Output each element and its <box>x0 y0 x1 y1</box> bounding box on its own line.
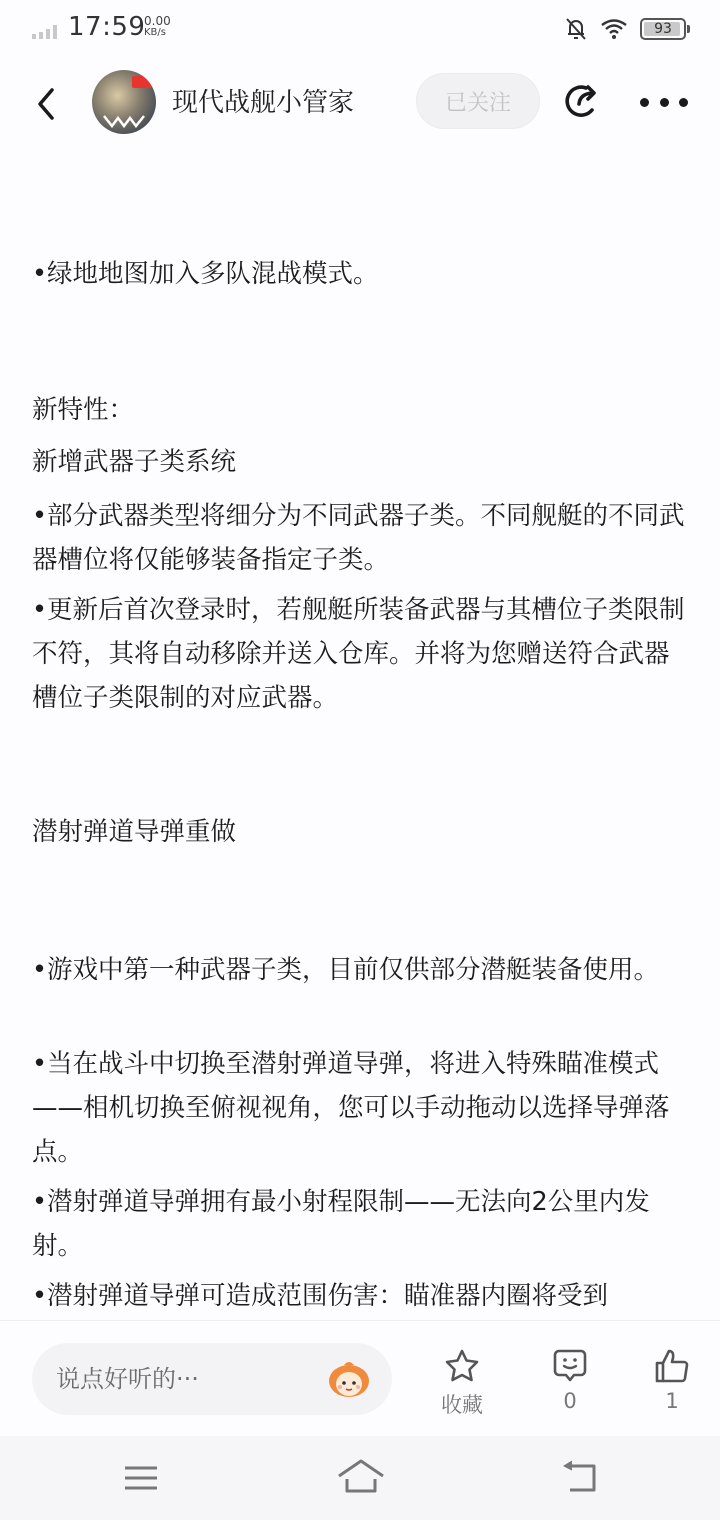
article-paragraph: •游戏中第一种武器子类，目前仅供部分潜艇装备使用。 <box>32 948 692 992</box>
more-icon[interactable] <box>640 88 688 116</box>
back-icon[interactable] <box>30 82 66 126</box>
status-icons: 93 <box>564 16 686 42</box>
section-heading: 潜射弹道导弹重做 <box>32 810 692 854</box>
mute-bell-icon <box>564 16 588 42</box>
back-nav-icon[interactable] <box>556 1458 606 1498</box>
section-heading: 新增武器子类系统 <box>32 440 692 484</box>
net-speed-value: 0.00 <box>144 15 171 27</box>
follow-button[interactable]: 已关注 <box>416 73 540 129</box>
avatar[interactable] <box>92 70 156 134</box>
article-paragraph: •部分武器类型将细分为不同武器子类。不同舰艇的不同武器槽位将仅能够装备指定子类。 <box>32 494 692 582</box>
comment-smile-icon <box>551 1347 589 1385</box>
bottom-action-bar: 收藏 0 1 <box>0 1320 720 1432</box>
article-paragraph: •潜射弹道导弹拥有最小射程限制——无法向2公里内发射。 <box>32 1180 692 1268</box>
avatar-badge <box>132 76 152 88</box>
system-nav-bar <box>0 1436 720 1520</box>
account-name[interactable]: 现代战舰小管家 <box>172 82 354 119</box>
wifi-icon <box>600 18 628 40</box>
like-button[interactable]: 1 <box>640 1347 704 1413</box>
comment-box[interactable] <box>32 1343 392 1415</box>
comment-count: 0 <box>563 1389 576 1413</box>
thumbs-up-icon <box>653 1347 691 1385</box>
share-icon[interactable] <box>562 80 606 124</box>
comment-input[interactable] <box>56 1343 306 1415</box>
article-paragraph: •潜射弹道导弹可造成范围伤害：瞄准器内圈将受到 <box>32 1274 692 1320</box>
game-logo-icon <box>100 114 148 128</box>
article-paragraph: •绿地地图加入多队混战模式。 <box>32 252 692 296</box>
like-count: 1 <box>665 1389 678 1413</box>
battery-level: 93 <box>654 21 672 37</box>
home-icon[interactable] <box>336 1458 386 1498</box>
article-paragraph: •当在战斗中切换至潜射弹道导弹，将进入特殊瞄准模式——相机切换至俯视视角，您可以… <box>32 1042 692 1174</box>
favorite-button[interactable]: 收藏 <box>430 1347 494 1419</box>
signal-icon <box>32 25 57 39</box>
battery-icon: 93 <box>640 18 686 40</box>
favorite-label: 收藏 <box>441 1389 483 1419</box>
screen: 17:59 0.00 KB/s 93 <box>0 0 720 1520</box>
net-speed-unit: KB/s <box>144 27 171 39</box>
article-paragraph: •更新后首次登录时，若舰艇所装备武器与其槽位子类限制不符，其将自动移除并送入仓库… <box>32 588 692 720</box>
status-bar: 17:59 0.00 KB/s 93 <box>0 0 720 60</box>
star-icon <box>443 1347 481 1385</box>
net-speed: 0.00 KB/s <box>144 15 171 39</box>
header: 现代战舰小管家 已关注 <box>0 62 720 142</box>
menu-icon[interactable] <box>116 1458 166 1498</box>
section-heading: 新特性： <box>32 388 692 432</box>
clock: 17:59 <box>68 12 145 42</box>
comment-button[interactable]: 0 <box>538 1347 602 1413</box>
mascot-emoji-icon[interactable] <box>326 1357 372 1401</box>
